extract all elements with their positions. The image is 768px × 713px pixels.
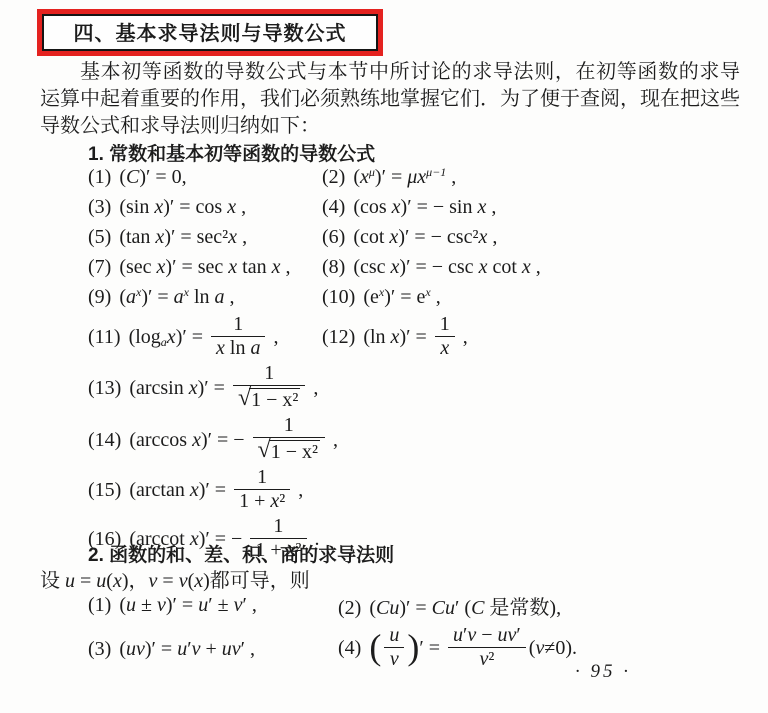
formula-4: (4)(cos x)′ = − sin x , — [322, 196, 496, 219]
math-seg: uv — [498, 624, 517, 646]
formula-list-1: (1)(C)′ = 0, (2)(xμ)′ = μxμ−1 , (3)(sin … — [88, 166, 744, 567]
math-seg: x — [389, 226, 398, 248]
math-seg: 1 — [284, 414, 294, 436]
math-seg: )′ = − csc² — [398, 226, 478, 248]
page-title: 四、基本求导法则与导数公式 — [74, 23, 347, 45]
math-seg: )′ = − csc — [399, 256, 478, 278]
formula-label: (6) — [322, 226, 345, 248]
formula-row: (11)(logax)′ = 1x ln a , (12)(ln x)′ = 1… — [88, 316, 744, 361]
formula-3: (3)(sin x)′ = cos x , — [88, 196, 322, 219]
math-seg: x — [190, 479, 199, 501]
formula-6: (6)(cot x)′ = − csc²x , — [322, 226, 497, 249]
math-seg: − — [476, 624, 497, 646]
math-seg: , — [268, 326, 278, 348]
math-seg: 设 — [40, 570, 65, 592]
formula-row: (7)(sec x)′ = sec x tan x , (8)(csc x)′ … — [88, 256, 744, 279]
math-seg: x — [228, 256, 237, 278]
math-seg: )′ = — [199, 479, 231, 501]
math-seg: , — [446, 166, 456, 188]
math-seg: )都可导，则 — [203, 570, 310, 592]
math-seg: )′ = — [399, 597, 431, 619]
math-seg: = — [157, 570, 178, 592]
math-seg: x — [216, 337, 225, 359]
section2-lead: 设 u = u(x)，v = v(x)都可导，则 — [40, 564, 310, 593]
math-seg: (log — [129, 326, 161, 348]
formula-row: (15)(arctan x)′ = 11 + x² , — [88, 469, 744, 514]
formula-2: (2)(xμ)′ = μxμ−1 , — [322, 166, 456, 189]
math-seg: ′ = — [419, 637, 445, 659]
math-seg: x — [392, 196, 401, 218]
intro-line: 基本初等函数的导数公式与本节中所讨论的求导法则，在初等函数的求导 — [40, 59, 740, 86]
math-seg: C — [126, 166, 139, 188]
formula-8: (8)(csc x)′ = − csc x cot x , — [322, 256, 541, 279]
math-seg: (cos — [353, 196, 391, 218]
math-seg: )′ = cos — [163, 196, 227, 218]
radicand: 1 − x² — [269, 440, 320, 463]
math-seg: )， — [122, 570, 149, 592]
formula-label: (13) — [88, 377, 121, 399]
math-seg: u — [198, 594, 208, 616]
math-seg: x — [440, 337, 449, 359]
math-seg: 1x ln a — [211, 314, 265, 359]
math-seg: μ−1 — [426, 165, 446, 179]
formula-label: (4) — [338, 637, 361, 659]
math-seg: (arccos — [129, 429, 192, 451]
math-seg: ± — [136, 594, 157, 616]
formula-body: (arctan x)′ = 11 + x² , — [129, 479, 303, 501]
math-seg: )′ = — [141, 286, 173, 308]
math-seg: v — [157, 594, 166, 616]
math-seg: ( — [353, 166, 360, 188]
math-seg: x — [154, 196, 163, 218]
formula-1: (1)(C)′ = 0, — [88, 166, 322, 189]
formula-12: (12)(ln x)′ = 1x , — [322, 316, 468, 361]
math-seg: √1 − x² — [258, 441, 320, 463]
formula-body: (tan x)′ = sec²x , — [119, 226, 247, 248]
math-seg: ² — [279, 490, 285, 512]
formula-body: (cot x)′ = − csc²x , — [353, 226, 497, 248]
formula-11: (11)(logax)′ = 1x ln a , — [88, 316, 322, 361]
math-seg: 1 — [233, 313, 243, 335]
section2-heading: 2. 函数的和、差、积、商的求导法则 — [88, 540, 394, 567]
formula-row: (1)(C)′ = 0, (2)(xμ)′ = μxμ−1 , — [88, 166, 744, 189]
lead-body: 设 u = u(x)，v = v(x)都可导，则 — [40, 570, 310, 592]
formula-7: (7)(sec x)′ = sec x tan x , — [88, 256, 322, 279]
math-seg: )′ = — [145, 638, 177, 660]
math-seg: uv — [384, 625, 404, 670]
math-seg: uv — [222, 638, 241, 660]
math-seg: x — [155, 226, 164, 248]
math-seg: ln — [225, 337, 251, 359]
math-seg: u — [177, 638, 187, 660]
math-seg: , — [487, 226, 497, 248]
formula-label: (2) — [338, 597, 361, 619]
formula-13: (13)(arcsin x)′ = 1√1 − x² , — [88, 365, 318, 413]
math-seg: (csc — [353, 256, 390, 278]
intro-line: 导数公式和求导法则归纳如下： — [40, 113, 740, 140]
formula-body: (arccos x)′ = − 1√1 − x² , — [129, 429, 338, 451]
formula-label: (7) — [88, 256, 111, 278]
math-seg: ² — [488, 648, 494, 670]
math-seg: ln — [189, 286, 215, 308]
radical-sign: √ — [258, 437, 271, 463]
math-seg: a — [250, 337, 260, 359]
formula-row: (9)(ax)′ = ax ln a , (10)(ex)′ = ex , — [88, 286, 744, 309]
math-seg: √1 − x² — [238, 389, 300, 411]
math-seg: Cu — [432, 597, 455, 619]
formula-row: (3)(sin x)′ = cos x , (4)(cos x)′ = − si… — [88, 196, 744, 219]
math-seg: 11 + x² — [234, 467, 290, 512]
math-seg: v — [479, 648, 488, 670]
math-seg: , — [328, 429, 338, 451]
math-seg: u — [389, 624, 399, 646]
math-seg: ) — [407, 627, 419, 667]
math-seg: tan — [237, 256, 271, 278]
formula-body: (ex)′ = ex , — [363, 286, 440, 308]
formula-row: (3)(uv)′ = u′v + uv′ , (4)(uv)′ = u′v − … — [88, 627, 744, 672]
math-seg: (arctan — [129, 479, 190, 501]
math-seg: + — [200, 638, 221, 660]
math-seg: )′ = — [166, 594, 198, 616]
formula-15: (15)(arctan x)′ = 11 + x² , — [88, 469, 303, 514]
math-seg: ′ — [516, 624, 520, 646]
formula-14: (14)(arccos x)′ = − 1√1 − x² , — [88, 417, 338, 465]
math-seg: x — [478, 226, 487, 248]
math-seg: )′ = — [399, 326, 431, 348]
math-seg: )′ = − — [201, 429, 250, 451]
math-seg: 1√1 − x² — [253, 415, 325, 463]
math-seg: x — [522, 256, 531, 278]
rule-1: (1)(u ± v)′ = u′ ± v′ , — [88, 594, 338, 617]
math-seg: , — [225, 286, 235, 308]
math-seg: 1 — [440, 313, 450, 335]
formula-body: (uv)′ = u′v − uv′v²(v≠0). — [369, 637, 577, 659]
math-seg: , — [236, 196, 246, 218]
math-seg: x — [270, 490, 279, 512]
math-seg: x — [360, 166, 369, 188]
title-highlight-box: 四、基本求导法则与导数公式 — [37, 9, 383, 56]
math-seg: u — [65, 570, 75, 592]
formula-row: (1)(u ± v)′ = u′ ± v′ , (2)(Cu)′ = Cu′ (… — [88, 591, 744, 620]
math-seg: (sec — [119, 256, 156, 278]
formula-label: (5) — [88, 226, 111, 248]
math-seg: , — [431, 286, 441, 308]
math-seg: C — [471, 597, 484, 619]
formula-label: (8) — [322, 256, 345, 278]
math-seg: )′ = sec² — [164, 226, 228, 248]
math-seg: x — [192, 429, 201, 451]
formula-body: (sin x)′ = cos x , — [119, 196, 246, 218]
math-seg: ( — [106, 570, 113, 592]
formula-label: (14) — [88, 429, 121, 451]
math-seg: 是常数), — [484, 597, 561, 619]
math-seg: v — [467, 624, 476, 646]
math-seg: x — [227, 196, 236, 218]
math-seg: u — [126, 594, 136, 616]
math-seg: ≠0). — [544, 637, 577, 659]
math-seg: (arcsin — [129, 377, 188, 399]
formula-label: (9) — [88, 286, 111, 308]
formula-label: (4) — [322, 196, 345, 218]
formula-5: (5)(tan x)′ = sec²x , — [88, 226, 322, 249]
math-seg: ′ , — [242, 594, 256, 616]
math-seg: )′ = − sin — [401, 196, 478, 218]
math-seg: , — [281, 256, 291, 278]
math-seg: 1 + — [239, 490, 270, 512]
math-seg: ( — [119, 638, 126, 660]
math-seg: , — [237, 226, 247, 248]
formula-body: (cos x)′ = − sin x , — [353, 196, 496, 218]
math-seg: μx — [407, 166, 426, 188]
title-border: 四、基本求导法则与导数公式 — [42, 14, 378, 51]
formula-body: (sec x)′ = sec x tan x , — [119, 256, 290, 278]
math-seg: a — [126, 286, 136, 308]
math-seg: = — [75, 570, 96, 592]
formula-body: (ax)′ = ax ln a , — [119, 286, 234, 308]
math-seg: x — [228, 226, 237, 248]
formula-label: (3) — [88, 196, 111, 218]
math-seg: ( — [369, 597, 376, 619]
math-seg: )′ = — [375, 166, 407, 188]
math-seg: , — [486, 196, 496, 218]
math-seg: x — [167, 326, 176, 348]
math-seg: ( — [119, 166, 126, 188]
math-seg: )′ = — [198, 377, 230, 399]
formula-list-2: (1)(u ± v)′ = u′ ± v′ , (2)(Cu)′ = Cu′ (… — [88, 591, 744, 676]
intro-line: 运算中起着重要的作用，我们必须熟练地掌握它们．为了便于查阅，现在把这些 — [40, 86, 740, 113]
math-seg: (tan — [119, 226, 155, 248]
formula-row: (14)(arccos x)′ = − 1√1 − x² , — [88, 417, 744, 465]
intro-paragraph: 基本初等函数的导数公式与本节中所讨论的求导法则，在初等函数的求导 运算中起着重要… — [40, 59, 740, 140]
math-seg: 1 — [257, 466, 267, 488]
radicand: 1 − x² — [249, 388, 300, 411]
math-seg: u′v − uv′v² — [448, 625, 526, 670]
formula-body: (logax)′ = 1x ln a , — [129, 326, 279, 348]
math-seg: , — [531, 256, 541, 278]
math-seg: uv — [126, 638, 145, 660]
textbook-page: 四、基本求导法则与导数公式 基本初等函数的导数公式与本节中所讨论的求导法则，在初… — [0, 0, 768, 713]
formula-label: (1) — [88, 594, 111, 616]
math-seg: , — [308, 377, 318, 399]
math-seg: x — [272, 256, 281, 278]
math-seg: (cot — [353, 226, 389, 248]
math-seg: ( — [369, 627, 381, 667]
math-seg: (sin — [119, 196, 154, 218]
math-seg: , — [293, 479, 303, 501]
math-seg: a — [174, 286, 184, 308]
math-seg: x — [113, 570, 122, 592]
formula-body: (xμ)′ = μxμ−1 , — [353, 166, 456, 188]
math-seg: u — [453, 624, 463, 646]
formula-row: (5)(tan x)′ = sec²x , (6)(cot x)′ = − cs… — [88, 226, 744, 249]
math-seg: 1√1 − x² — [233, 363, 305, 411]
math-seg: ( — [119, 594, 126, 616]
formula-10: (10)(ex)′ = ex , — [322, 286, 441, 309]
formula-label: (11) — [88, 326, 121, 348]
formula-row: (13)(arcsin x)′ = 1√1 − x² , — [88, 365, 744, 413]
section1-heading: 1. 常数和基本初等函数的导数公式 — [88, 139, 375, 166]
math-seg: , — [458, 326, 468, 348]
formula-body: (arcsin x)′ = 1√1 − x² , — [129, 377, 318, 399]
math-seg: a — [215, 286, 225, 308]
formula-9: (9)(ax)′ = ax ln a , — [88, 286, 322, 309]
formula-body: (Cu)′ = Cu′ (C 是常数), — [369, 597, 561, 619]
math-seg: ′ , — [241, 638, 255, 660]
math-seg: cot — [487, 256, 521, 278]
math-seg: )′ = 0, — [139, 166, 186, 188]
formula-body: (uv)′ = u′v + uv′ , — [119, 638, 255, 660]
math-seg: ′ ± — [208, 594, 233, 616]
math-seg: ′ ( — [455, 597, 471, 619]
math-seg: )′ = e — [384, 286, 425, 308]
formula-label: (10) — [322, 286, 355, 308]
math-seg: )′ = — [176, 326, 208, 348]
math-seg: 1 — [264, 362, 274, 384]
radical-sign: √ — [238, 385, 251, 411]
math-seg: u — [96, 570, 106, 592]
formula-label: (2) — [322, 166, 345, 188]
formula-body: (ln x)′ = 1x , — [363, 326, 467, 348]
math-seg: (e — [363, 286, 379, 308]
rule-4: (4)(uv)′ = u′v − uv′v²(v≠0). — [338, 627, 577, 672]
math-seg: v — [390, 648, 399, 670]
formula-body: (C)′ = 0, — [119, 166, 186, 188]
math-seg: (ln — [363, 326, 390, 348]
math-seg: x — [194, 570, 203, 592]
formula-label: (3) — [88, 638, 111, 660]
formula-label: (1) — [88, 166, 111, 188]
formula-label: (12) — [322, 326, 355, 348]
math-seg: 1x — [435, 314, 455, 359]
formula-label: (15) — [88, 479, 121, 501]
math-seg: ( — [119, 286, 126, 308]
formula-body: (u ± v)′ = u′ ± v′ , — [119, 594, 257, 616]
rule-2: (2)(Cu)′ = Cu′ (C 是常数), — [338, 591, 561, 620]
math-seg: v — [179, 570, 188, 592]
rule-3: (3)(uv)′ = u′v + uv′ , — [88, 638, 338, 661]
math-seg: x — [189, 377, 198, 399]
math-seg: )′ = sec — [165, 256, 228, 278]
math-seg: Cu — [376, 597, 399, 619]
page-number: · 95 · — [575, 661, 631, 683]
formula-body: (csc x)′ = − csc x cot x , — [353, 256, 540, 278]
math-seg: 1 — [273, 515, 283, 537]
